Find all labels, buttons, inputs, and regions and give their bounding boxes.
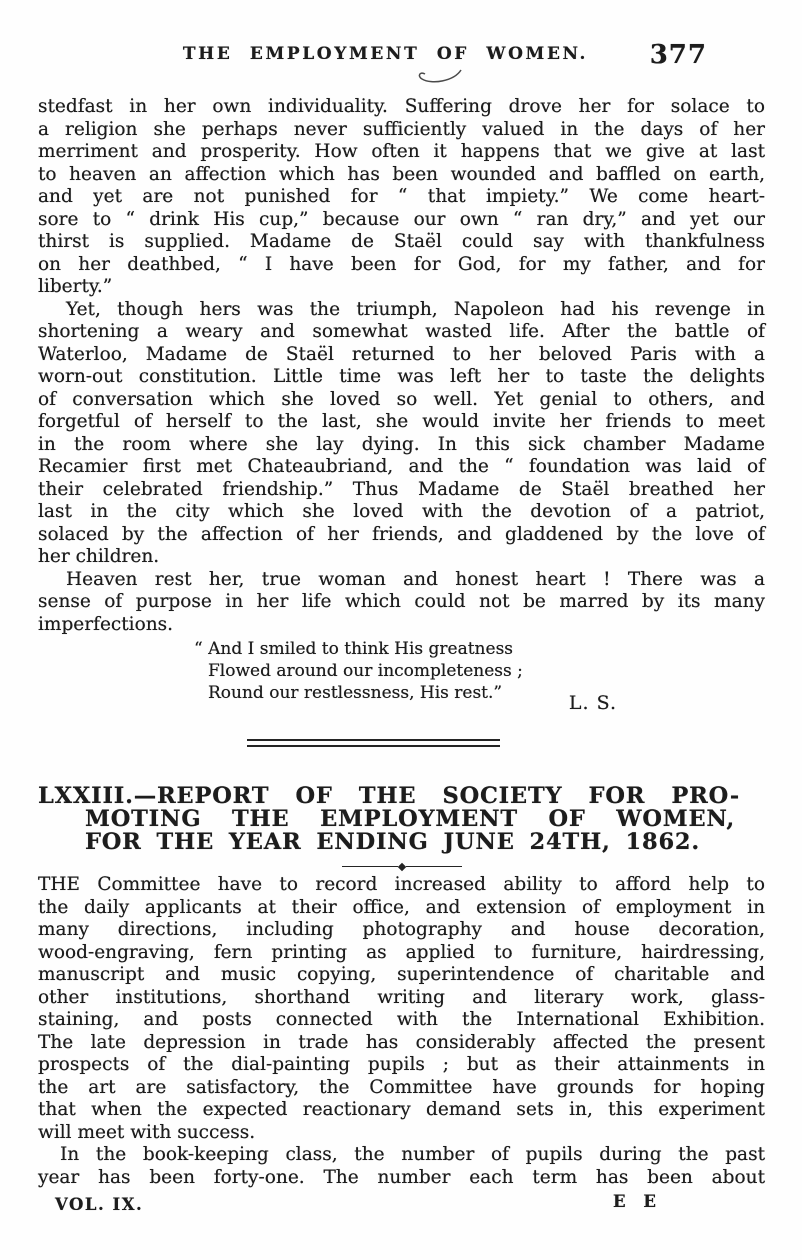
text-line: prospects of the dial-painting pupils ; …	[38, 1054, 765, 1077]
text-line: and yet are not punished for “ that impi…	[38, 186, 765, 209]
pen-squiggle-mark	[414, 68, 464, 88]
diamond-ornament-icon	[398, 862, 406, 870]
text-line: MOTING THE EMPLOYMENT OF WOMEN,	[85, 808, 735, 831]
running-title: THE EMPLOYMENT OF WOMEN.	[22, 44, 749, 64]
text-line: LXXIII.—REPORT OF THE SOCIETY FOR PRO-	[38, 785, 740, 808]
text-line: in the room where she lay dying. In this…	[38, 434, 765, 457]
text-line: Heaven rest her, true woman and honest h…	[38, 569, 765, 592]
text-line: “ And I smiled to think His greatness	[208, 638, 765, 660]
text-line: her children.	[38, 546, 765, 569]
text-line: will meet with success.	[38, 1122, 765, 1145]
text-line: THE Committee have to record increased a…	[38, 874, 765, 897]
text-line: In the book-keeping class, the number of…	[38, 1144, 765, 1167]
text-line: their celebrated friendship.” Thus Madam…	[38, 479, 765, 502]
text-line: stedfast in her own individuality. Suffe…	[38, 96, 765, 119]
text-line: the daily applicants at their office, an…	[38, 897, 765, 920]
page-header: THE EMPLOYMENT OF WOMEN. 377	[38, 44, 765, 72]
report-body: THE Committee have to record increased a…	[38, 874, 765, 1189]
page-footer: VOL. IX. E E	[38, 1195, 765, 1217]
text-line: forgetful of herself to the last, she wo…	[38, 411, 765, 434]
text-line: solaced by the affection of her friends,…	[38, 524, 765, 547]
text-line: Flowed around our incompleteness ;	[208, 660, 765, 682]
text-line: other institutions, shorthand writing an…	[38, 987, 765, 1010]
section-divider-rule	[247, 739, 500, 747]
text-line: the art are satisfactory, the Committee …	[38, 1077, 765, 1100]
text-line: Waterloo, Madame de Staël returned to he…	[38, 344, 765, 367]
text-line: last in the city which she loved with th…	[38, 501, 765, 524]
text-line: liberty.”	[38, 276, 765, 299]
text-line: on her deathbed, “ I have been for God, …	[38, 254, 765, 277]
text-line: that when the expected reactionary deman…	[38, 1099, 765, 1122]
text-line: thirst is supplied. Madame de Staël coul…	[38, 231, 765, 254]
text-line: imperfections.	[38, 614, 765, 637]
text-line: a religion she perhaps never sufficientl…	[38, 119, 765, 142]
text-line: Recamier first met Chateaubriand, and th…	[38, 456, 765, 479]
printer-signature-mark: E E	[613, 1192, 657, 1211]
text-line: many directions, including photography a…	[38, 919, 765, 942]
text-line: worn-out constitution. Little time was l…	[38, 366, 765, 389]
text-line: The late depression in trade has conside…	[38, 1032, 765, 1055]
text-line: wood-engraving, fern printing as applied…	[38, 942, 765, 965]
text-line: Yet, though hers was the triumph, Napole…	[38, 299, 765, 322]
text-line: of conversation which she loved so well.…	[38, 389, 765, 412]
text-line: manuscript and music copying, superinten…	[38, 964, 765, 987]
text-line: FOR THE YEAR ENDING JUNE 24TH, 1862.	[85, 831, 700, 854]
text-line: staining, and posts connected with the I…	[38, 1009, 765, 1032]
text-line: year has been forty-one. The number each…	[38, 1167, 765, 1190]
text-line: merriment and prosperity. How often it h…	[38, 141, 765, 164]
heading-ornament-rule	[342, 863, 462, 870]
document-page: THE EMPLOYMENT OF WOMEN. 377 stedfast in…	[0, 0, 802, 1260]
article-one-body: stedfast in her own individuality. Suffe…	[38, 96, 765, 636]
page-number: 377	[650, 40, 707, 70]
text-line: sore to “ drink His cup,” because our ow…	[38, 209, 765, 232]
report-heading: LXXIII.—REPORT OF THE SOCIETY FOR PRO-MO…	[38, 785, 765, 854]
text-line: sense of purpose in her life which could…	[38, 591, 765, 614]
volume-label: VOL. IX.	[55, 1195, 143, 1214]
text-line: shortening a weary and somewhat wasted l…	[38, 321, 765, 344]
text-line: to heaven an affection which has been wo…	[38, 164, 765, 187]
